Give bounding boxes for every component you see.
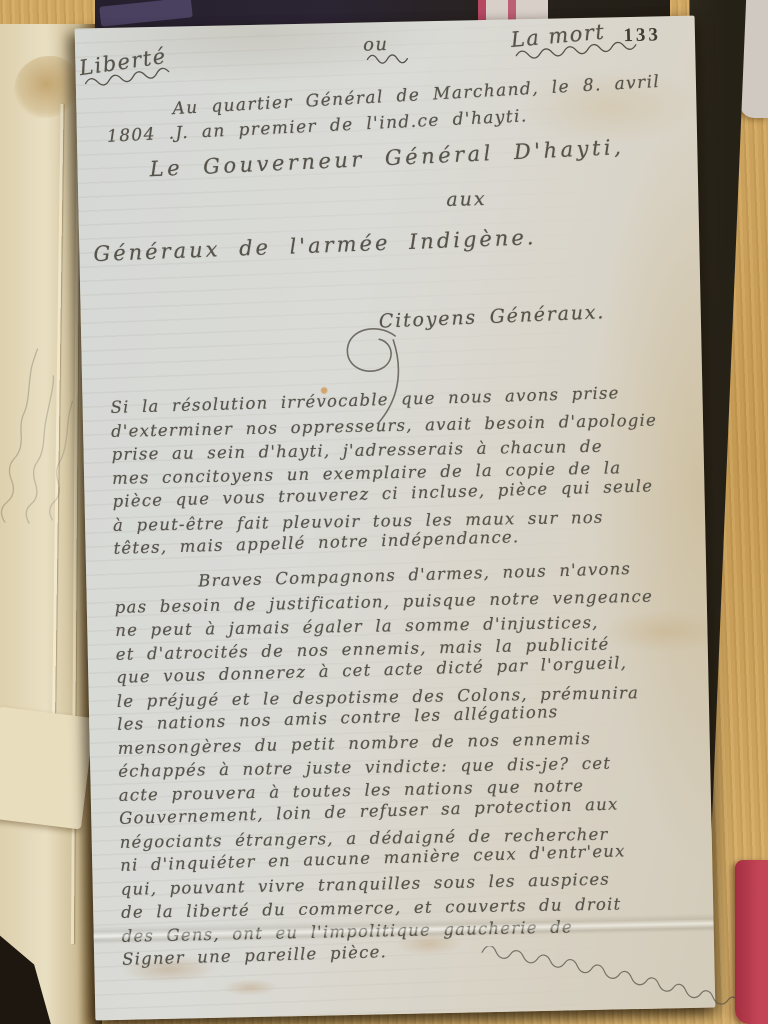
red-object-bottom-right	[735, 860, 768, 1024]
page-stain	[14, 56, 78, 118]
dateline-line2: 1804 .J. an premier de l'ind.ce d'hayti.	[107, 106, 529, 147]
address-generals: Généraux de l'armée Indigène.	[93, 225, 537, 266]
address-aux: aux	[446, 188, 487, 211]
body-paragraph-2: Braves Compagnons d'armes, nous n'avonsp…	[114, 560, 694, 971]
body-paragraph-1: Si la résolution irrévocable que nous av…	[110, 384, 685, 560]
motto-la-mort: La mort	[510, 16, 644, 61]
manuscript-page: 133 Liberté ou La mort Au quartier Génér…	[75, 16, 716, 1021]
folded-page-corner	[0, 707, 94, 830]
motto-ou: ou	[363, 33, 418, 64]
address-governor: Le Gouverneur Général D'hayti,	[149, 135, 625, 181]
closing-flourish-icon	[478, 940, 768, 1012]
archive-photo: 133 Liberté ou La mort Au quartier Génér…	[0, 0, 768, 1024]
motto-liberte: Liberté	[78, 43, 176, 89]
